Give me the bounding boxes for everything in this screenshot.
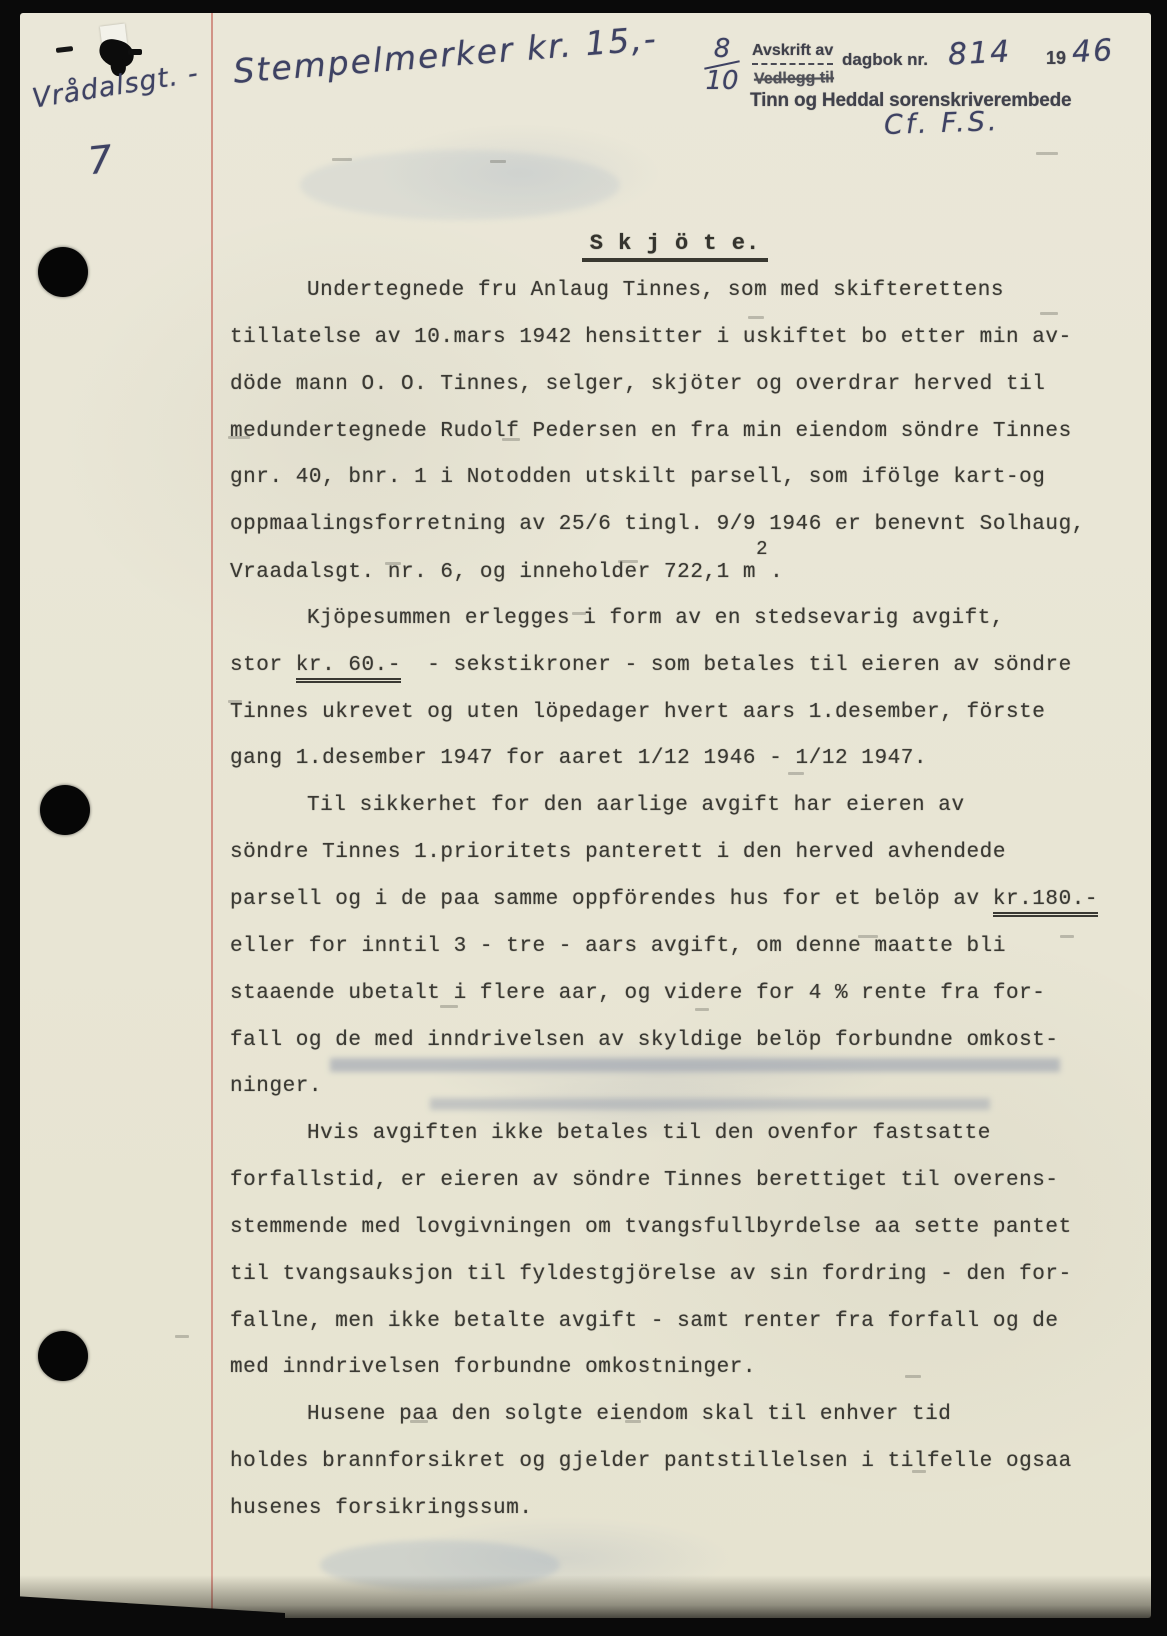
- ink-blot: [128, 49, 142, 55]
- document-body: Undertegnede fru Anlaug Tinnes, som med …: [230, 268, 1120, 1533]
- stamp-option-vedlegg-struck: Vedlegg til: [754, 69, 834, 88]
- document-line: forfallstid, er eieren av söndre Tinnes …: [230, 1158, 1120, 1205]
- date-fraction: 8 10: [700, 36, 744, 94]
- document-line: Til sikkerhet for den aarlige avgift har…: [230, 783, 1120, 830]
- document-line: Hvis avgiften ikke betales til den ovenf…: [230, 1111, 1120, 1158]
- stamp-year-prefix: 19: [1046, 48, 1066, 69]
- speck: [905, 1375, 921, 1378]
- speck: [858, 935, 878, 938]
- document-line: Husene paa den solgte eiendom skal til e…: [230, 1392, 1120, 1439]
- speck: [228, 436, 250, 439]
- line-text: .: [770, 561, 783, 584]
- year-handwritten: 46: [1071, 33, 1115, 70]
- speck: [1060, 935, 1074, 938]
- superscript-2: 2: [756, 526, 770, 573]
- document-line: Tinnes ukrevet og uten löpedager hvert a…: [230, 690, 1120, 737]
- stamp-journal-label: dagbok nr.: [842, 50, 928, 70]
- heading-text: S k j ö t e.: [582, 231, 768, 262]
- document-line: stor kr. 60.- - sekstikroner - som betal…: [230, 643, 1120, 690]
- underlined-amount: kr. 60.-: [296, 654, 401, 683]
- journal-number: 814: [947, 34, 1012, 72]
- document-line: Undertegnede fru Anlaug Tinnes, som med …: [230, 268, 1120, 315]
- line-text: Vraadalsgt. nr. 6, og inneholder 722,1 m: [230, 561, 756, 584]
- speck: [1036, 152, 1058, 155]
- speck: [175, 1335, 189, 1338]
- speck: [748, 316, 764, 319]
- clerk-initials: Cf. F.S.: [883, 106, 999, 141]
- document-heading: S k j ö t e.: [230, 231, 1120, 256]
- document-line: oppmaalingsforretning av 25/6 tingl. 9/9…: [230, 502, 1120, 549]
- document-line: parsell og i de paa samme oppförendes hu…: [230, 877, 1120, 924]
- document-line: Kjöpesummen erlegges i form av en stedse…: [230, 596, 1120, 643]
- speck: [625, 1420, 641, 1423]
- speck: [788, 772, 804, 775]
- document-line: eller for inntil 3 - tre - aars avgift, …: [230, 924, 1120, 971]
- hole-punch: [40, 785, 90, 835]
- speck: [1040, 312, 1058, 315]
- document-line: söndre Tinnes 1.prioritets panterett i d…: [230, 830, 1120, 877]
- hole-punch: [38, 247, 88, 297]
- bleed-through: [330, 1058, 1060, 1072]
- line-text: stor: [230, 654, 296, 677]
- speck: [440, 1005, 458, 1008]
- document-line: staaende ubetalt i flere aar, og videre …: [230, 971, 1120, 1018]
- speck: [228, 700, 242, 703]
- document-line: stemmende med lovgivningen om tvangsfull…: [230, 1205, 1120, 1252]
- bleed-through: [430, 1098, 990, 1110]
- scanned-page-canvas: Vrådalsgt. - 7 Stempelmerker kr. 15,- 8 …: [0, 0, 1167, 1636]
- document-line: til tvangsauksjon til fyldestgjörelse av…: [230, 1252, 1120, 1299]
- speck: [695, 1008, 709, 1011]
- document-line: medundertegnede Rudolf Pedersen en fra m…: [230, 409, 1120, 456]
- margin-rule: [211, 13, 213, 1618]
- document-line: gnr. 40, bnr. 1 i Notodden utskilt parse…: [230, 455, 1120, 502]
- speck: [572, 612, 586, 615]
- speck: [490, 160, 506, 163]
- document-line: fallne, men ikke betalte avgift - samt r…: [230, 1299, 1120, 1346]
- document-line: gang 1.desember 1947 for aaret 1/12 1946…: [230, 736, 1120, 783]
- date-month: 10: [705, 66, 738, 96]
- stamp-option-avskrift: Avskrift av: [752, 42, 833, 65]
- margin-note-number: 7: [86, 137, 115, 183]
- speck: [410, 1420, 428, 1423]
- speck: [332, 158, 352, 161]
- underlined-amount: kr.180.-: [993, 888, 1098, 917]
- speck: [502, 438, 520, 441]
- document-line: med inndrivelsen forbundne omkostninger.: [230, 1345, 1120, 1392]
- line-text: - sekstikroner - som betales til eieren …: [401, 654, 1072, 677]
- document-line: Vraadalsgt. nr. 6, og inneholder 722,1 m…: [230, 549, 1120, 596]
- speck: [618, 560, 638, 563]
- document-line: döde mann O. O. Tinnes, selger, skjöter …: [230, 362, 1120, 409]
- document-line: husenes forsikringssum.: [230, 1486, 1120, 1533]
- speck: [385, 562, 401, 565]
- speck: [912, 1470, 926, 1473]
- hole-punch: [38, 1331, 88, 1381]
- document-line: tillatelse av 10.mars 1942 hensitter i u…: [230, 315, 1120, 362]
- line-text: parsell og i de paa samme oppförendes hu…: [230, 888, 993, 911]
- document-line: holdes brannforsikret og gjelder pantsti…: [230, 1439, 1120, 1486]
- date-day: 8: [714, 34, 731, 64]
